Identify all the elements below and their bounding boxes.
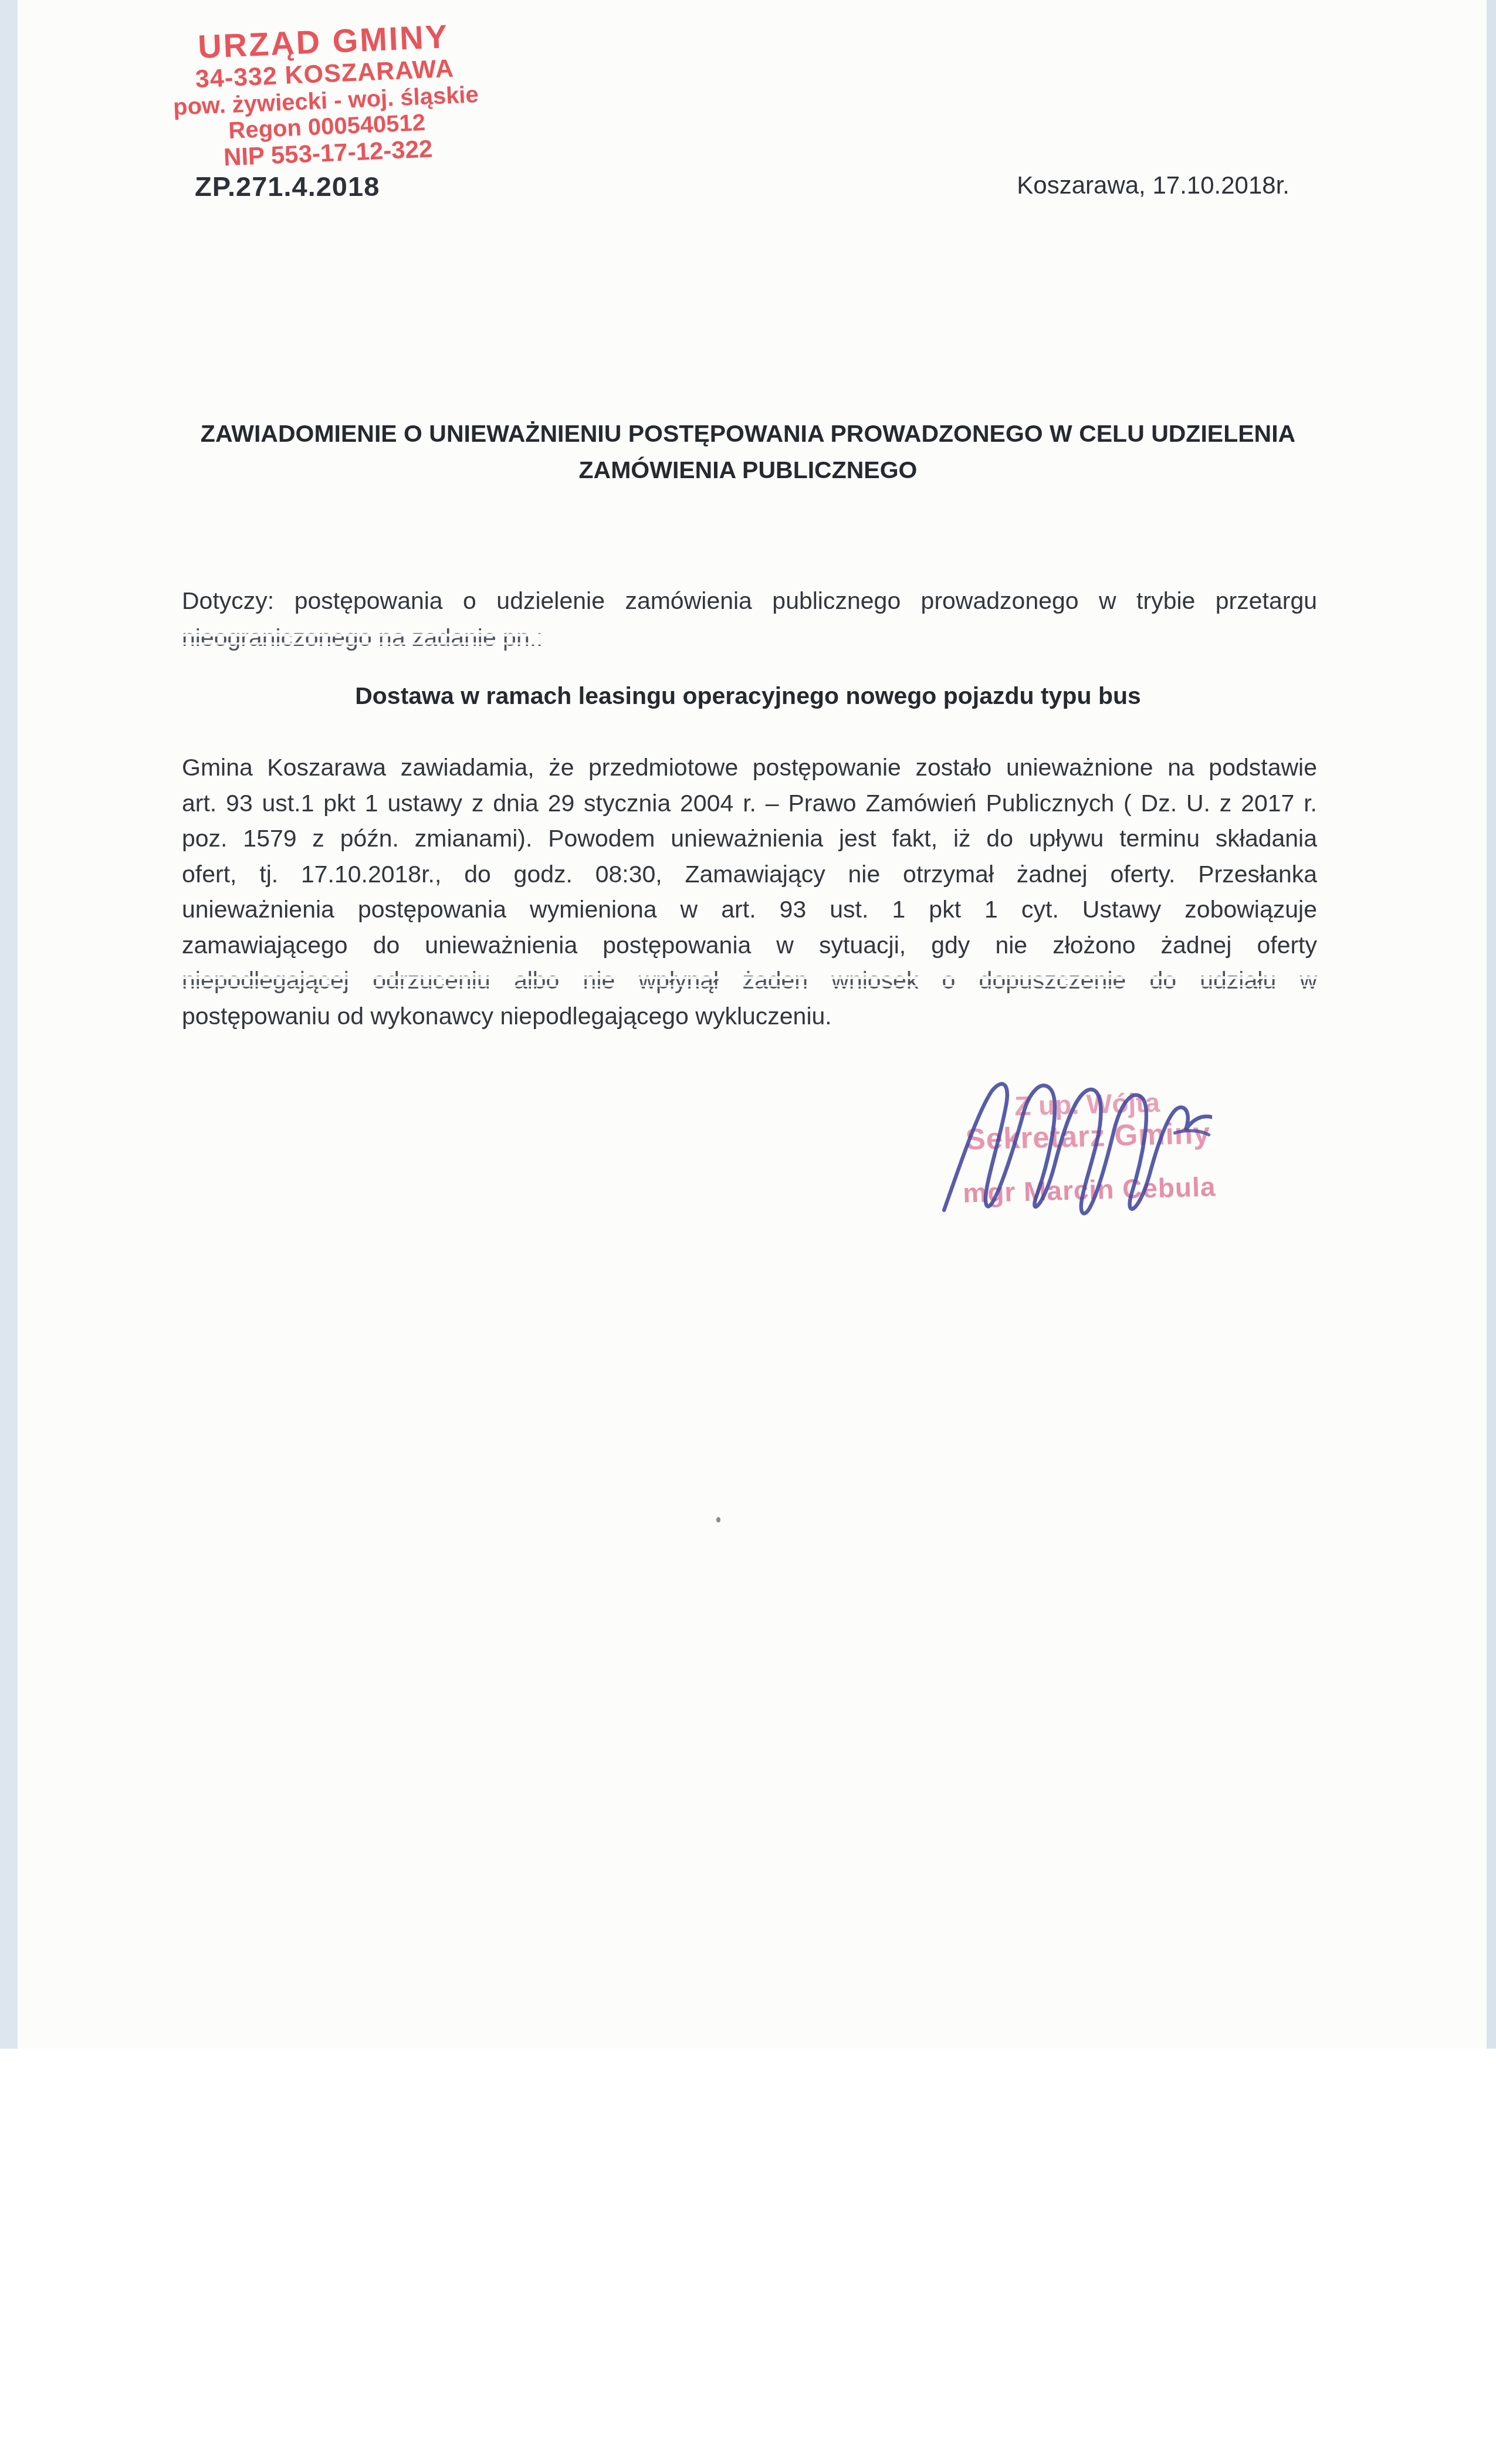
office-ink-stamp: URZĄD GMINY 34-332 KOSZARAWA pow. żywiec… (117, 15, 534, 175)
body-line: postępowaniu od wykonawcy niepodlegające… (182, 999, 1317, 1034)
body-line: ofert, tj. 17.10.2018r., do godz. 08:30,… (182, 857, 1317, 892)
document-title-line2: ZAMÓWIENIA PUBLICZNEGO (176, 452, 1320, 488)
case-reference-number: ZP.271.4.2018 (195, 170, 380, 202)
body-line: unieważnienia postępowania wymieniona w … (182, 892, 1317, 928)
place-and-date: Koszarawa, 17.10.2018r. (1017, 171, 1289, 199)
body-line: art. 93 ust.1 pkt 1 ustawy z dnia 29 sty… (182, 786, 1317, 821)
body-line: poz. 1579 z późn. zmianami). Powodem uni… (182, 821, 1317, 857)
scan-edge-right (1487, 0, 1496, 2049)
scan-edge-left (0, 0, 18, 2049)
page-background: URZĄD GMINY 34-332 KOSZARAWA pow. żywiec… (0, 0, 1496, 2049)
document-title-line1: ZAWIADOMIENIE O UNIEWAŻNIENIU POSTĘPOWAN… (176, 415, 1320, 452)
procurement-subject: Dostawa w ramach leasingu operacyjnego n… (176, 682, 1320, 710)
scanned-document: URZĄD GMINY 34-332 KOSZARAWA pow. żywiec… (0, 0, 1496, 2464)
body-line-degraded: niepodlegającej odrzuceniu albo nie wpły… (182, 963, 1317, 999)
concerns-line2-degraded: nieograniczonego na zadanie pn.: (182, 620, 1317, 656)
scan-speck (716, 1517, 720, 1522)
concerns-line1: Dotyczy: postępowania o udzielenie zamów… (182, 583, 1317, 620)
body-line: Gmina Koszarawa zawiadamia, że przedmiot… (182, 750, 1317, 786)
concerns-paragraph: Dotyczy: postępowania o udzielenie zamów… (182, 583, 1317, 656)
handwritten-signature-scribble (929, 1064, 1214, 1254)
body-paragraph: Gmina Koszarawa zawiadamia, że przedmiot… (182, 750, 1317, 1034)
body-line: zamawiającego do unieważnienia postępowa… (182, 928, 1317, 963)
document-title: ZAWIADOMIENIE O UNIEWAŻNIENIU POSTĘPOWAN… (176, 415, 1320, 488)
